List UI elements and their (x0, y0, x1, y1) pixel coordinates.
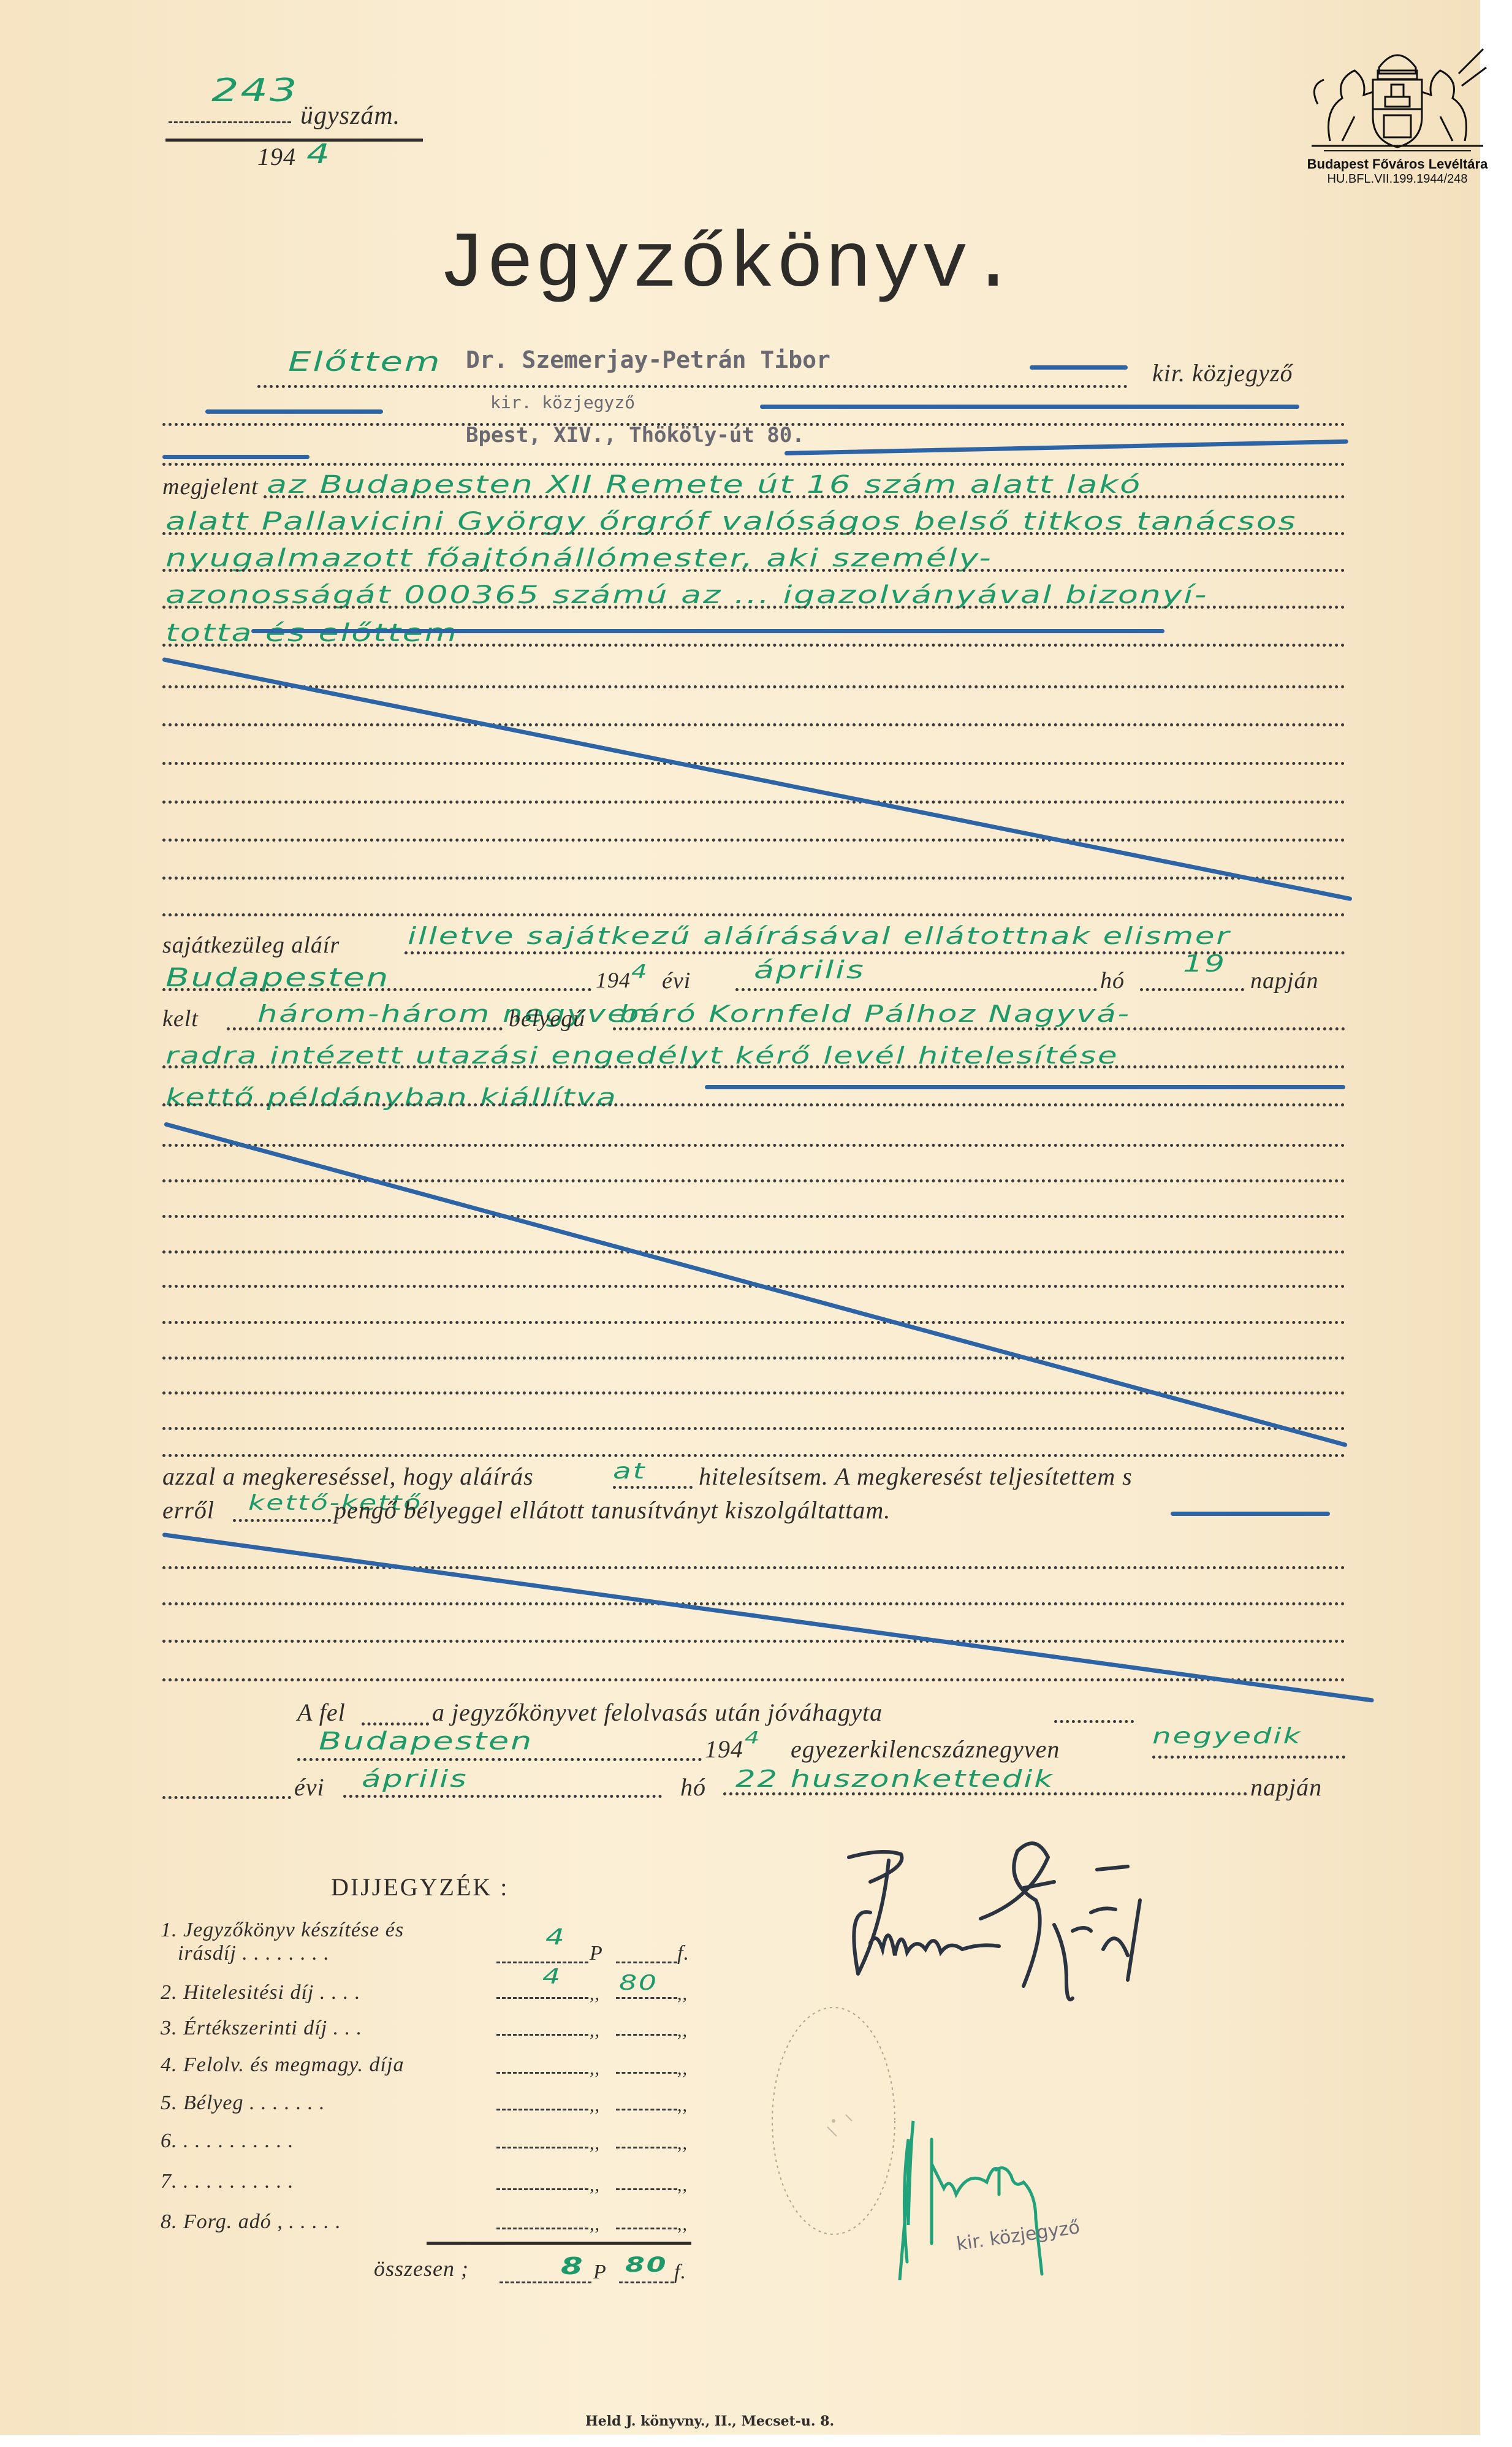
archive-name: Budapest Főváros Levéltára (1299, 156, 1495, 172)
fee-1-p-unit: P (590, 1942, 603, 1965)
blue-strike-line (205, 409, 383, 414)
dotted-line (1140, 988, 1244, 991)
dotted-line (500, 2281, 591, 2283)
blue-strike-line (1030, 365, 1128, 370)
fees-title: DIJJEGYZÉK : (331, 1873, 509, 1901)
approval-year-printed: 194 (705, 1735, 743, 1764)
dotted-line (616, 1997, 677, 1999)
signed-year-hand: 4 (631, 961, 648, 983)
fee-2-p-unit: ,, (590, 1984, 600, 2004)
fee-label: 7. . . . . . . . . . . (161, 2170, 294, 2193)
approval-evi: évi (294, 1773, 325, 1802)
dotted-line (162, 1321, 1345, 1324)
dotted-line (1054, 1720, 1134, 1723)
fee-7-p-unit: ,, (590, 2175, 600, 2196)
notary-stamp-address: Bpest, XIV., Thököly-út 80. (466, 423, 805, 447)
signed-line-1: illetve sajátkezű aláírásával ellátottna… (408, 923, 1231, 949)
fee-4-f-unit: ,, (677, 2058, 688, 2079)
page-title: Jegyzőkönyv. (438, 221, 1018, 310)
fees-total-f-value: 80 (625, 2253, 667, 2277)
approval-place: Budapesten (319, 1727, 533, 1756)
signed-ho: hó (1100, 967, 1125, 994)
year-handwritten: 4 (306, 139, 332, 170)
blue-strike-line (1171, 1512, 1330, 1516)
approval-month: április (362, 1765, 468, 1792)
fee-label: 5. Bélyeg . . . . . . . (161, 2091, 325, 2114)
dotted-line (162, 839, 1345, 842)
dotted-line (162, 1454, 1345, 1457)
approval-ho: hó (680, 1773, 706, 1802)
notary-stamp-name: Dr. Szemerjay-Petrán Tibor (466, 346, 830, 373)
dotted-line (162, 1602, 1345, 1605)
appeared-label: megjelent (162, 473, 259, 500)
dotted-line (264, 495, 1345, 498)
signed-line-5: kettő példányban kiállítva (165, 1084, 618, 1111)
scan-margin-bottom (0, 2435, 1512, 2447)
dotted-line (616, 2228, 677, 2229)
fee-2-f-unit: ,, (677, 1984, 688, 2004)
archive-logo: Budapest Főváros Levéltára HU.BFL.VII.19… (1299, 37, 1495, 196)
dotted-line (162, 723, 1345, 726)
dotted-line (613, 1027, 1345, 1030)
approval-year-words: egyezerkilencszáznegyven (791, 1735, 1060, 1764)
notary-stamp-title: kir. közjegyző (490, 392, 635, 413)
dotted-line (297, 1758, 702, 1761)
dotted-line (162, 1357, 1345, 1360)
fees-total-p-value: 8 (561, 2253, 584, 2280)
approval-day-words: 22 huszonkettedik (735, 1765, 1054, 1792)
year-printed: 194 (257, 142, 296, 171)
request-line-1-hand: at (613, 1459, 646, 1484)
fee-label: 3. Értékszerinti díj . . . (161, 2017, 362, 2039)
fees-total-p-unit: P (593, 2261, 607, 2284)
fee-row-3: 3. Értékszerinti díj . . . (161, 2017, 362, 2040)
dotted-line (162, 463, 1345, 466)
dotted-line (162, 801, 1345, 804)
notary-signature (895, 2103, 1054, 2280)
dotted-line (735, 988, 1097, 991)
dotted-line (162, 1566, 1345, 1569)
fee-5-f-unit: ,, (677, 2095, 688, 2116)
dotted-line (496, 2034, 588, 2036)
dotted-line (162, 1250, 1345, 1254)
dotted-line (496, 2109, 588, 2110)
blue-strike-line (705, 1085, 1345, 1089)
dotted-line (162, 988, 591, 991)
fee-label: 2. Hitelesitési díj . . . . (161, 1981, 360, 2004)
dotted-line (496, 2072, 588, 2074)
dotted-line (257, 385, 1128, 388)
fee-row-7: 7. . . . . . . . . . . (161, 2170, 294, 2193)
stamp-suffix: bélyegű (509, 1005, 585, 1032)
fee-5-p-unit: ,, (590, 2095, 600, 2116)
fee-2-p-value: 4 (542, 1965, 562, 1989)
dotted-line (162, 606, 1345, 609)
kelt-label: kelt (162, 1005, 199, 1032)
approval-a-fel: A fel (297, 1698, 346, 1727)
approval-year-words-hand: negyedik (1152, 1724, 1302, 1749)
fees-total-label: összesen ; (374, 2256, 469, 2281)
dotted-line (162, 1678, 1345, 1681)
fee-label: 8. Forg. adó , . . . . . (161, 2210, 341, 2233)
case-number-line (169, 121, 291, 123)
request-line-2-prefix: erről (162, 1496, 215, 1524)
case-number-label: ügyszám. (300, 101, 400, 131)
fee-4-p-unit: ,, (590, 2058, 600, 2079)
archive-reference: HU.BFL.VII.199.1944/248 (1299, 172, 1495, 186)
fee-label-2: irásdíj . . . . . . . . (161, 1942, 404, 1965)
dotted-line (162, 1103, 1345, 1106)
fee-label: 1. Jegyzőkönyv készítése és (161, 1919, 404, 1942)
signed-year-printed: 194 (596, 967, 631, 993)
printer-imprint: Held J. könyvny., II., Mecset-u. 8. (585, 2413, 834, 2429)
stamp-value: három-három negyven (257, 1000, 650, 1027)
fee-label: 4. Felolv. és megmagy. díja (161, 2053, 404, 2076)
fee-3-p-unit: ,, (590, 2020, 600, 2041)
request-line-2-suffix: pengő bélyeggel ellátott tanusítványt ki… (334, 1496, 891, 1524)
fee-6-f-unit: ,, (677, 2133, 688, 2154)
fee-6-p-unit: ,, (590, 2133, 600, 2154)
request-line-1-suffix: hitelesítsem. A megkeresést teljesítette… (699, 1462, 1133, 1491)
fee-8-f-unit: ,, (677, 2214, 688, 2235)
dotted-line (162, 1065, 1345, 1068)
dotted-line (162, 532, 1345, 535)
dotted-line (616, 2034, 677, 2036)
fee-label: 6. . . . . . . . . . . (161, 2129, 294, 2152)
fee-7-f-unit: ,, (677, 2175, 688, 2196)
fee-row-5: 5. Bélyeg . . . . . . . (161, 2091, 325, 2115)
dotted-line (496, 2147, 588, 2148)
client-signature (834, 1833, 1446, 2011)
before-handwritten: Előttem (288, 346, 441, 378)
scan-margin-right (1480, 0, 1512, 2447)
fee-1-p-line (496, 1962, 588, 1963)
request-line-1-prefix: azzal a megkereséssel, hogy aláírás (162, 1462, 534, 1491)
fee-1-p-value: 4 (545, 1925, 566, 1950)
approval-year-hand: 4 (745, 1727, 761, 1748)
signed-label: sajátkezüleg aláír (162, 932, 340, 959)
dotted-line (162, 569, 1345, 572)
fee-row-6: 6. . . . . . . . . . . (161, 2129, 294, 2153)
dotted-line (616, 2147, 677, 2148)
blue-strike-line (251, 629, 1164, 633)
dotted-line (616, 2072, 677, 2074)
fee-row-4: 4. Felolv. és megmagy. díja (161, 2053, 404, 2077)
dotted-line (233, 1519, 331, 1522)
dotted-line (162, 644, 1345, 647)
fees-total-rule (427, 2242, 691, 2245)
dotted-line (227, 1027, 503, 1030)
dotted-line (496, 1997, 588, 1999)
dotted-line (162, 762, 1345, 765)
signed-napjan: napján (1250, 967, 1319, 994)
case-number-value: 243 (211, 72, 298, 109)
notary-seal (766, 2004, 901, 2243)
dotted-line (1152, 1756, 1345, 1759)
fee-3-f-unit: ,, (677, 2020, 688, 2041)
dotted-line (362, 1722, 429, 1726)
fee-2-f-value: 80 (619, 1971, 658, 1995)
dotted-line (613, 1486, 693, 1489)
blue-strike-line (760, 405, 1299, 409)
dotted-line (496, 2188, 588, 2190)
fee-8-p-unit: ,, (590, 2214, 600, 2235)
dotted-line (162, 1796, 291, 1799)
signed-day: 19 (1183, 950, 1226, 977)
dotted-line (162, 877, 1345, 880)
approval-text: a jegyzőkönyvet felolvasás után jóváhagy… (432, 1698, 883, 1727)
dotted-line (616, 2109, 677, 2110)
fee-1-f-line (616, 1962, 677, 1963)
dotted-line (723, 1792, 1247, 1795)
approval-napjan: napján (1250, 1773, 1322, 1802)
dotted-line (616, 2188, 677, 2190)
fee-1-f-unit: f. (677, 1942, 690, 1965)
coat-of-arms-icon (1305, 37, 1489, 153)
signed-month: április (754, 956, 865, 984)
dotted-line (496, 2228, 588, 2229)
dotted-line (343, 1795, 662, 1798)
signed-evi: évi (662, 967, 691, 994)
dotted-line (162, 1427, 1345, 1430)
dotted-line (162, 1215, 1345, 1218)
fee-row-8: 8. Forg. adó , . . . . . (161, 2210, 341, 2234)
fee-row-1: 1. Jegyzőkönyv készítése és irásdíj . . … (161, 1919, 404, 1965)
dotted-line (162, 1179, 1345, 1182)
dotted-line (619, 2281, 674, 2283)
dotted-line (162, 1640, 1345, 1643)
dotted-line (162, 685, 1345, 688)
dotted-line (162, 913, 1345, 916)
signed-line-3: báró Kornfeld Pálhoz Nagyvá- (619, 1000, 1131, 1027)
blue-strike-line (162, 455, 310, 459)
fee-row-2: 2. Hitelesitési díj . . . . (161, 1981, 360, 2004)
before-suffix-label: kir. közjegyző (1152, 359, 1293, 387)
fees-total-f-unit: f. (674, 2261, 686, 2284)
header-rule (165, 139, 423, 142)
dotted-line (162, 1144, 1345, 1147)
